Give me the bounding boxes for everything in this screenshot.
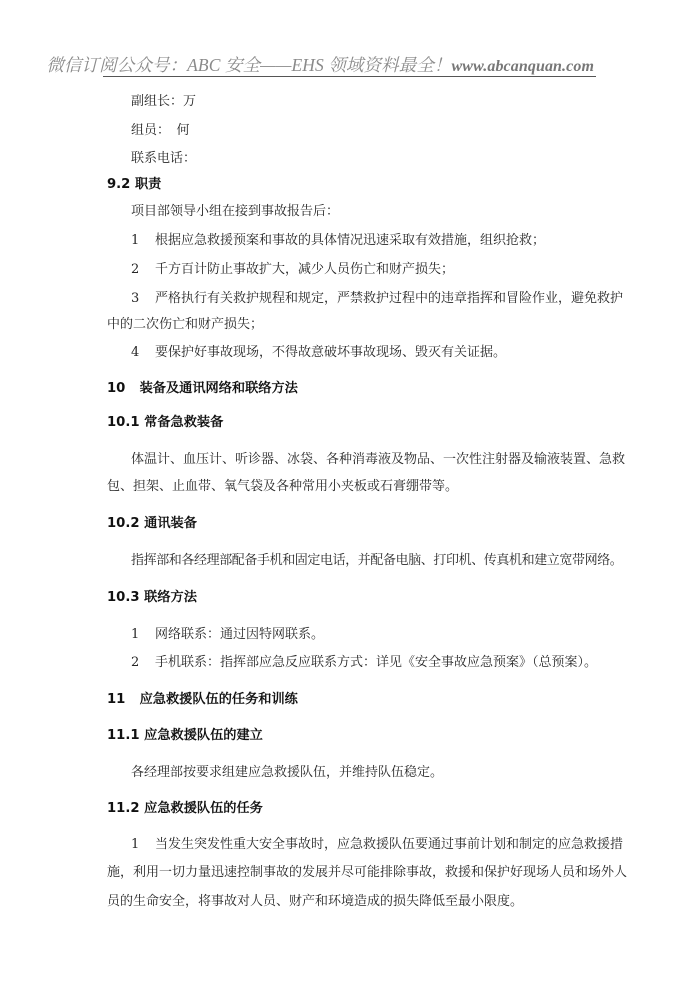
paragraph-line: 施，利用一切力量迅速控制事故的发展并尽可能排除事故，救援和保护好现场人员和场外人 — [107, 861, 627, 880]
section-number: 10.1 — [107, 415, 140, 430]
list-item: 3严格执行有关救护规程和规定，严禁救护过程中的违章指挥和冒险作业，避免救护 — [131, 287, 623, 306]
section-number: 11 — [107, 692, 135, 707]
section-11-heading: 11 应急救援队伍的任务和训练 — [107, 688, 298, 707]
list-item: 4要保护好事故现场，不得故意破坏事故现场、毁灭有关证据。 — [131, 341, 506, 360]
section-10-heading: 10 装备及通讯网络和联络方法 — [107, 377, 298, 396]
section-number: 11.1 — [107, 728, 140, 743]
list-item: 1当发生突发性重大安全事故时，应急救援队伍要通过事前计划和制定的应急救援措 — [131, 833, 623, 852]
section-11-1-heading: 11.1 应急救援队伍的建立 — [107, 724, 263, 743]
list-item-continuation: 中的二次伤亡和财产损失； — [107, 313, 263, 332]
section-title: 装备及通讯网络和联络方法 — [140, 381, 298, 396]
paragraph-line: 各经理部按要求组建应急救援队伍，并维持队伍稳定。 — [131, 761, 443, 780]
list-item: 2手机联系：指挥部应急反应联系方式：详见《安全事故应急预案》（总预案）。 — [131, 651, 597, 670]
section-title: 职责 — [135, 177, 161, 192]
section-9-2-heading: 9.2 职责 — [107, 173, 161, 192]
section-number: 9.2 — [107, 177, 130, 192]
section-title: 通讯装备 — [144, 516, 197, 531]
section-title: 应急救援队伍的任务 — [144, 801, 263, 816]
deputy-leader-line: 副组长：万 — [131, 90, 196, 109]
list-item: 1根据应急救援预案和事故的具体情况迅速采取有效措施，组织抢救； — [131, 229, 545, 248]
section-10-1-heading: 10.1 常备急救装备 — [107, 411, 223, 430]
section-title: 应急救援队伍的任务和训练 — [140, 692, 298, 707]
section-number: 11.2 — [107, 801, 140, 816]
section-title: 常备急救装备 — [144, 415, 223, 430]
section-10-2-heading: 10.2 通讯装备 — [107, 512, 197, 531]
list-item: 1网络联系：通过因特网联系。 — [131, 623, 324, 642]
paragraph-line: 指挥部和各经理部配备手机和固定电话，并配备电脑、打印机、传真机和建立宽带网络。 — [131, 549, 622, 568]
section-title: 联络方法 — [144, 590, 197, 605]
paragraph-line: 包、担架、止血带、氧气袋及各种常用小夹板或石膏绷带等。 — [107, 475, 458, 494]
section-number: 10.2 — [107, 516, 140, 531]
section-title: 应急救援队伍的建立 — [144, 728, 263, 743]
paragraph-line: 员的生命安全，将事故对人员、财产和环境造成的损失降低至最小限度。 — [107, 890, 523, 909]
section-number: 10.3 — [107, 590, 140, 605]
header-watermark: 微信订阅公众号：ABC 安全——EHS 领域资料最全！www.abcanquan… — [46, 52, 594, 77]
section-10-3-heading: 10.3 联络方法 — [107, 586, 197, 605]
member-line: 组员： 何 — [131, 119, 190, 138]
section-9-2-intro: 项目部领导小组在接到事故报告后： — [131, 200, 339, 219]
list-item: 2千方百计防止事故扩大，减少人员伤亡和财产损失； — [131, 258, 454, 277]
phone-line: 联系电话： — [131, 147, 196, 166]
paragraph-line: 体温计、血压计、听诊器、冰袋、各种消毒液及物品、一次性注射器及输液装置、急救 — [131, 448, 625, 467]
page-header: 微信订阅公众号：ABC 安全——EHS 领域资料最全！www.abcanquan… — [103, 50, 596, 77]
section-number: 10 — [107, 381, 135, 396]
header-url: www.abcanquan.com — [452, 58, 594, 75]
section-11-2-heading: 11.2 应急救援队伍的任务 — [107, 797, 263, 816]
header-prefix: 微信订阅公众号：ABC 安全——EHS 领域资料最全！ — [46, 55, 451, 75]
